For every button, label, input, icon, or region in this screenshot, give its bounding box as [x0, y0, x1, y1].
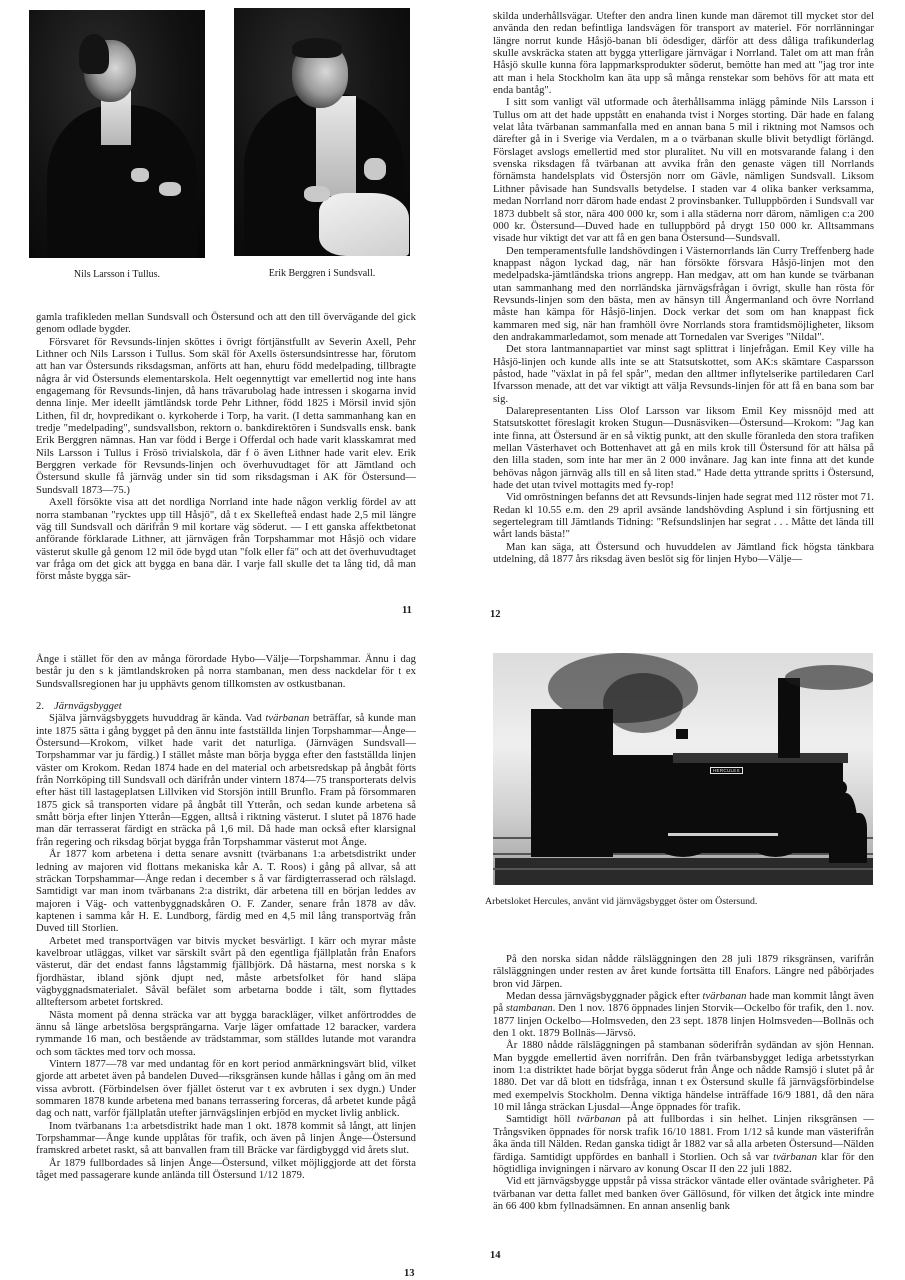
emphasis: tvärbanan: [577, 1114, 621, 1125]
body-text-page-13: Ånge i stället för den av många förordad…: [36, 654, 416, 1182]
paragraph: År 1880 nådde rälsläggningen på stambana…: [493, 1040, 874, 1114]
emphasis: tvärbanan: [265, 713, 309, 724]
body-text-page-12: skilda underhållsvägar. Utefter den andr…: [493, 11, 874, 566]
photo-caption-erik-berggren: Erik Berggren i Sundsvall.: [234, 268, 410, 279]
page-number: 11: [402, 605, 412, 616]
paragraph: Man kan säga, att Östersund och huvuddel…: [493, 542, 874, 567]
page-number: 13: [404, 1268, 415, 1279]
paragraph: Inom tvärbanans 1:a arbetsdistrikt hade …: [36, 1121, 416, 1158]
emphasis: stambanan: [506, 1003, 553, 1014]
page-number: 14: [490, 1250, 501, 1261]
emphasis: tvärbanan: [703, 991, 747, 1002]
paragraph: Själva järnvägsbyggets huvuddrag är känd…: [36, 713, 416, 849]
portrait-photo-erik-berggren: [234, 8, 410, 256]
paragraph: Försvaret för Revsunds-linjen sköttes i …: [36, 337, 416, 497]
paragraph: Vid ett järnvägsbygge uppstår på vissa s…: [493, 1176, 874, 1213]
paragraph: I sitt som vanligt väl utformade och åte…: [493, 97, 874, 245]
paragraph: Arbetet med transportvägen var bitvis my…: [36, 936, 416, 1010]
page-12: skilda underhållsvägar. Utefter den andr…: [493, 0, 874, 640]
paragraph: År 1879 fullbordades så linjen Ånge—Öste…: [36, 1158, 416, 1183]
body-text-page-14: På den norska sidan nådde rälsläggningen…: [493, 954, 874, 1213]
section-title: Järnvägsbygget: [54, 701, 122, 712]
text-run: beträffar, så kunde man inte 1875 sätta …: [36, 713, 416, 847]
nameplate: HERCULES: [710, 767, 743, 774]
paragraph: År 1877 kom arbetena i detta senare avsn…: [36, 849, 416, 935]
body-text-page-11: gamla trafikleden mellan Sundsvall och Ö…: [36, 312, 416, 584]
paragraph: Dalarepresentanten Liss Olof Larsson var…: [493, 406, 874, 492]
page-13: Ånge i stället för den av många förordad…: [36, 640, 416, 1280]
photo-caption-nils-larsson: Nils Larsson i Tullus.: [29, 269, 205, 280]
paragraph: Den temperamentsfulle landshövdingen i V…: [493, 246, 874, 345]
paragraph: Medan dessa järnvägsbyggnader pågick eft…: [493, 991, 874, 1040]
paragraph: gamla trafikleden mellan Sundsvall och Ö…: [36, 312, 416, 337]
section-heading: 2.Järnvägsbygget: [36, 701, 416, 713]
text-run: Medan dessa järnvägsbyggnader pågick eft…: [506, 991, 703, 1002]
paragraph: Ånge i stället för den av många förordad…: [36, 654, 416, 691]
text-run: Själva järnvägsbyggets huvuddrag är känd…: [49, 713, 265, 724]
paragraph: Nästa moment på denna sträcka var att by…: [36, 1010, 416, 1059]
portrait-photo-nils-larsson: [29, 10, 205, 258]
section-number: 2.: [36, 701, 54, 713]
paragraph: Vid omröstningen befanns det att Revsund…: [493, 492, 874, 541]
paragraph: På den norska sidan nådde rälsläggningen…: [493, 954, 874, 991]
paragraph: skilda underhållsvägar. Utefter den andr…: [493, 11, 874, 97]
paragraph: Vintern 1877—78 var med undantag för en …: [36, 1059, 416, 1121]
page-11: Nils Larsson i Tullus. Erik Berggren i S…: [36, 0, 416, 640]
paragraph: Samtidigt höll tvärbanan på att fullbord…: [493, 1114, 874, 1176]
paragraph: Det stora lantmannapartiet var minst sag…: [493, 344, 874, 406]
paragraph: Axell försökte visa att det nordliga Nor…: [36, 497, 416, 583]
emphasis: tvärbanan: [773, 1152, 817, 1163]
text-run: Samtidigt höll: [506, 1114, 577, 1125]
page-number: 12: [490, 609, 501, 620]
page-14: HERCULES Arbetsloket Hercules, använt vi…: [493, 640, 874, 1280]
photo-caption-locomotive: Arbetsloket Hercules, använt vid järnväg…: [485, 896, 865, 907]
locomotive-hercules-photo: HERCULES: [493, 653, 873, 885]
